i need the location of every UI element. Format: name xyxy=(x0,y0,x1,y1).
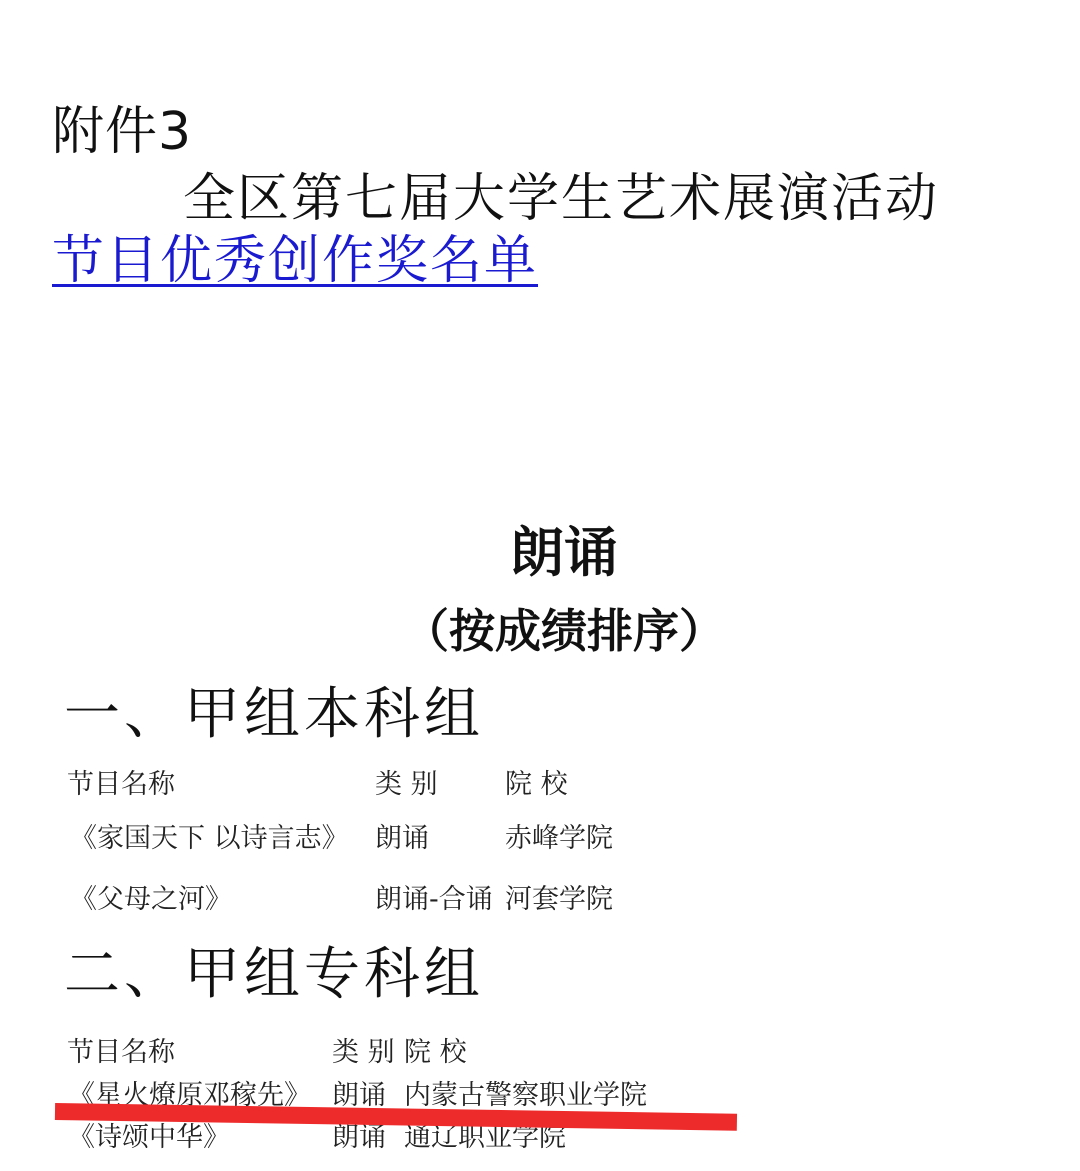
program-name: 《诗颂中华》 xyxy=(68,1120,230,1156)
program-category: 朗诵-合诵 xyxy=(375,882,493,918)
column-header-category: 类 别 xyxy=(375,767,438,803)
column-header-name: 节目名称 xyxy=(67,1035,175,1071)
group-heading-vocational: 二、甲组专科组 xyxy=(64,940,484,1010)
column-header-school: 院 校 xyxy=(505,767,568,803)
program-school: 河套学院 xyxy=(505,882,613,918)
program-name: 《父母之河》 xyxy=(70,882,232,918)
section-subtitle: （按成绩排序） xyxy=(0,600,1080,662)
document-title-line1: 全区第七届大学生艺术展演活动 xyxy=(183,166,939,232)
section-title: 朗诵 xyxy=(0,520,1080,586)
document-title-link[interactable]: 节目优秀创作奖名单 xyxy=(52,228,538,294)
column-header-category: 类 别 xyxy=(332,1035,395,1071)
program-school: 赤峰学院 xyxy=(505,821,613,857)
group-heading-undergraduate: 一、甲组本科组 xyxy=(64,680,484,750)
program-category: 朗诵 xyxy=(375,821,429,857)
column-header-name: 节目名称 xyxy=(67,767,175,803)
column-header-school: 院 校 xyxy=(404,1035,467,1071)
program-name: 《家国天下 以诗言志》 xyxy=(70,821,349,857)
program-category: 朗诵 xyxy=(332,1120,386,1156)
attachment-label: 附件3 xyxy=(52,100,192,164)
